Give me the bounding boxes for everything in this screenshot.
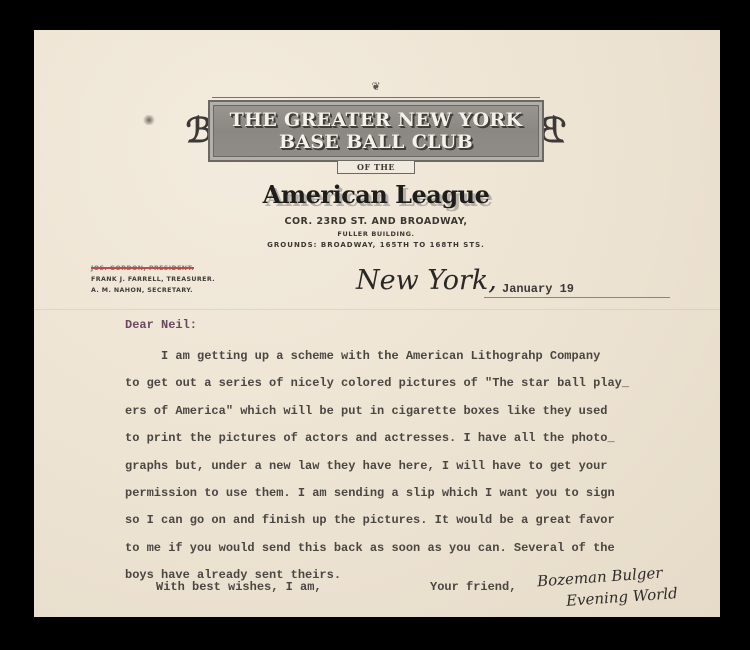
address-building: FULLER BUILDING.: [224, 230, 528, 238]
body-line: so I can go on and finish up the picture…: [125, 512, 725, 539]
letterhead-banner: ❦ ℬ ℬ THE GREATER NEW YORK BASE BALL CLU…: [184, 80, 568, 180]
address-street: COR. 23RD ST. AND BROADWAY,: [224, 216, 528, 227]
ornament-rule: [212, 97, 540, 98]
fold-line: [34, 309, 720, 310]
letter-date: January 19: [502, 282, 574, 296]
league-title: American League: [224, 180, 528, 209]
letter-paper: ❦ ℬ ℬ THE GREATER NEW YORK BASE BALL CLU…: [34, 30, 720, 617]
of-the-ribbon: OF THE: [337, 160, 415, 174]
scroll-ornament-icon: ❦: [334, 80, 418, 94]
body-line: to me if you would send this back as soo…: [125, 540, 725, 567]
closing-phrase: With best wishes, I am,: [156, 580, 322, 594]
club-name-line2: BASE BALL CLUB: [210, 131, 542, 153]
body-line: permission to use them. I am sending a s…: [125, 485, 725, 512]
body-line: to print the pictures of actors and actr…: [125, 430, 725, 457]
sign-off: Your friend,: [430, 580, 516, 594]
body-line: to get out a series of nicely colored pi…: [125, 375, 725, 402]
paper-stain: [142, 115, 156, 125]
body-line: graphs but, under a new law they have he…: [125, 458, 725, 485]
body-line: ers of America" which will be put in cig…: [125, 403, 725, 430]
body-line: I am getting up a scheme with the Americ…: [125, 348, 725, 375]
club-name-plate: THE GREATER NEW YORK BASE BALL CLUB: [208, 100, 544, 162]
club-name-line1: THE GREATER NEW YORK: [210, 109, 542, 131]
place-script: New York,: [356, 265, 497, 296]
officer-secretary: A. M. NAHON, SECRETARY.: [91, 285, 215, 296]
officer-treasurer: FRANK J. FARRELL, TREASURER.: [91, 274, 215, 285]
officer-president: JOS. GORDON, PRESIDENT.: [91, 263, 215, 274]
salutation: Dear Neil:: [125, 318, 197, 332]
address-grounds: GROUNDS: BROADWAY, 165TH TO 168TH STS.: [224, 241, 528, 249]
officers-list: JOS. GORDON, PRESIDENT. FRANK J. FARRELL…: [91, 263, 215, 296]
date-rule: [484, 297, 670, 298]
letter-body: I am getting up a scheme with the Americ…: [125, 348, 725, 595]
